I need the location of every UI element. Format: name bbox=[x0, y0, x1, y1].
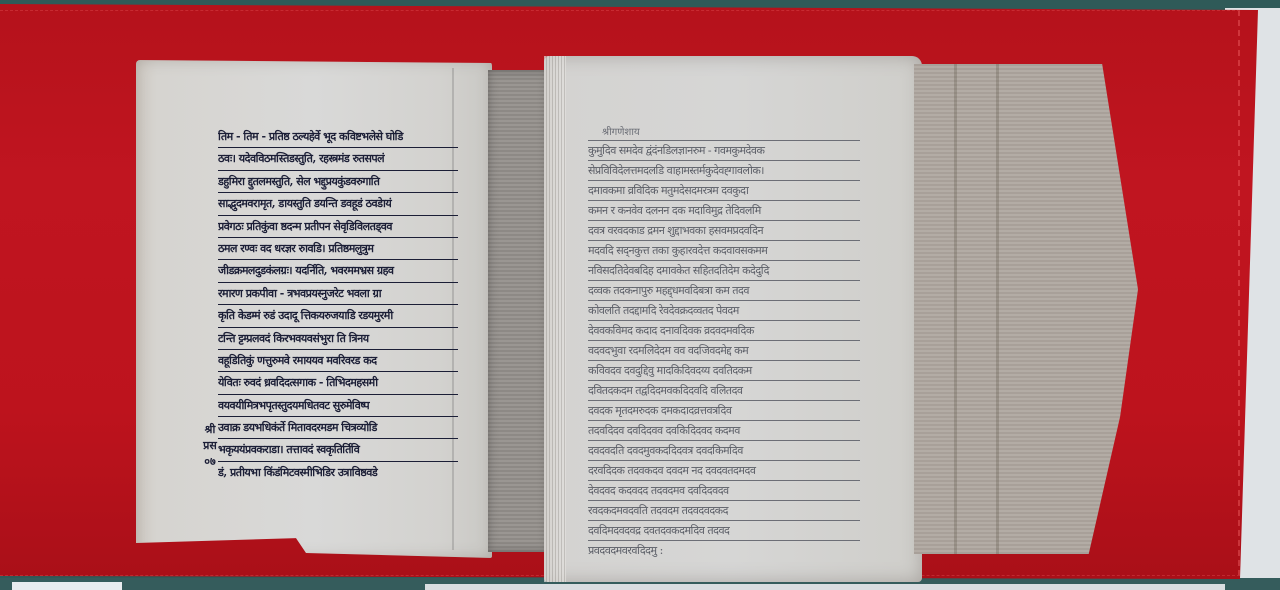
manuscript-photo: तिम - तिम - प्रतिष्ठ ठल्यहेर्वे भूद कविष… bbox=[0, 0, 1280, 590]
text-line: देववकविमद कदाद दनावदिवक व्रदवदमवदिक bbox=[588, 320, 860, 340]
book-spine bbox=[488, 70, 548, 552]
text-line: दमावकमा व्रविदिक मतुमदेसदमरत्रम दवकुदा bbox=[588, 180, 860, 200]
paper-scrap-right bbox=[425, 584, 1225, 590]
right-page-text: श्रीगणेशाय कुमुदिव समदेव द्वंदंनडिलज्ञान… bbox=[588, 124, 860, 560]
text-line: दवदक मृतदमरुदक दमकदादव्रत्तवत्रदिव bbox=[588, 400, 860, 420]
folio-number: ०७ bbox=[190, 454, 230, 470]
text-line: वदवदभुवा रदमलिदेदम वव वदजिवदमेद्द कम bbox=[588, 340, 860, 360]
text-line: प्रवदवदमवरवदिदमु : bbox=[588, 540, 860, 560]
text-line: रवदकदमवदवति तदवदम तदवदवदकद bbox=[588, 500, 860, 520]
text-line: दवत्र वरवदकाड द्रमन शुद्दाभवका हसवमप्रदव… bbox=[588, 220, 860, 240]
page-heading: श्रीगणेशाय bbox=[602, 124, 860, 138]
text-line: कमन र कनवेव दलनन दक मदाविमुद्र तेदिवलमि bbox=[588, 200, 860, 220]
text-line: दवदवदति दवदमुवकददिदवत्र दवदकिमदिव bbox=[588, 440, 860, 460]
page-stack-edge bbox=[544, 56, 566, 582]
text-line: दव्वक तदकनापुरु महद्द्धमवदिबत्रा कम तदव bbox=[588, 280, 860, 300]
text-line: दवदिमदवदवद्र दवतदवकदमदिव तदवद bbox=[588, 520, 860, 540]
text-line: वयवयीमित्रभपृतस्तुदयमधितवट सुरुमेविष्प bbox=[218, 394, 458, 417]
left-page-text: तिम - तिम - प्रतिष्ठ ठल्यहेर्वे भूद कविष… bbox=[218, 126, 458, 484]
paper-scrap-left bbox=[12, 582, 122, 590]
text-line: ठमल रण्वः वद धरज्ञर रुावडि। प्रतिष्ठमलुत… bbox=[218, 237, 458, 260]
text-line: दवितदकदम तद्वदिदमवकदिदवदि वलितदव bbox=[588, 380, 860, 400]
text-line: वहूडितिकुं णत्तुरुमवे रमाययव मवरिवरड कद bbox=[218, 349, 458, 372]
text-line: उवाक्र डयभधिकंर्ते मितावदरमडम चित्रव्योड… bbox=[218, 416, 458, 439]
text-line: कृति केडम्मं रुडं उदादू त्तिकयरुजयाडि रड… bbox=[218, 304, 458, 327]
text-line: कोवलति तदद्दामदि रेवदेवक्रदव्वतद पेवदम bbox=[588, 300, 860, 320]
text-line: येवितः रुवदं ध्रवदिदत्सगाक - तिभिदमहसमी bbox=[218, 371, 458, 394]
text-line: रमारण प्रकपीवा - त्रभवप्रयस्नुजरेट भवला … bbox=[218, 282, 458, 305]
text-line: ठवः। यदेवविठमस्तिडस्तुति, रहस्त्रमंड रुत… bbox=[218, 147, 458, 170]
text-line: कुमुदिव समदेव द्वंदंनडिलज्ञानरुम - गवमकु… bbox=[588, 140, 860, 160]
text-line: प्रवेगठः प्रतिकुंवा ष्ठदन्म प्रतीपन सेवृ… bbox=[218, 215, 458, 238]
cover-flap bbox=[914, 64, 1138, 554]
text-line: कविवदव दवदुद्दिवु मादकिदिवदय्य दवतिदकम bbox=[588, 360, 860, 380]
text-line: साद्भुदमवरामृत, डायस्तुति डयन्ति डवहूडं … bbox=[218, 192, 458, 215]
text-line: डहुमिरा द्दुतलमस्तुति, सेल भद्दुप्रयकुंड… bbox=[218, 170, 458, 193]
text-line: सेप्रविविदेलत्तमदलडि वाहामस्तर्मकुदेवह्ग… bbox=[588, 160, 860, 180]
flap-crease bbox=[954, 64, 957, 554]
text-line: भकृययंप्रवकराडा। तत्तावदं स्वकृतिर्तिवि bbox=[218, 438, 458, 461]
text-line: देवदवद कदवदद तदवदमव दवदिदवदव bbox=[588, 480, 860, 500]
text-line: जीडक्रमलदुडकंलग्रः। यदर्निति, भवरममभ्रस … bbox=[218, 259, 458, 282]
margin-line: श्री bbox=[190, 422, 230, 438]
flap-crease bbox=[996, 64, 999, 554]
text-line: डं, प्रतीयभा किंडंमिटवस्मीभिडिर उत्राविष… bbox=[218, 461, 458, 484]
text-line: मदवदि सद्नकुत्त तका कुहारवदेत्त कदवावसकम… bbox=[588, 240, 860, 260]
text-line: दरवदिदक तदवकदव दवदम नद दवदवतदमदव bbox=[588, 460, 860, 480]
text-line: नविसदतिदेवबदिह दमावकेत सहितदतिदेम कदेदुद… bbox=[588, 260, 860, 280]
text-line: टन्ति ट्टम्प्रलवदं किरभवयवसंभुरा ति त्रि… bbox=[218, 327, 458, 350]
margin-line: प्रस bbox=[190, 438, 230, 454]
text-line: तिम - तिम - प्रतिष्ठ ठल्यहेर्वे भूद कविष… bbox=[218, 126, 458, 148]
margin-annotation: श्री प्रस ०७ bbox=[190, 422, 230, 470]
text-line: तदवदिदव दवदिदवव दवकिदिदवद कदमव bbox=[588, 420, 860, 440]
